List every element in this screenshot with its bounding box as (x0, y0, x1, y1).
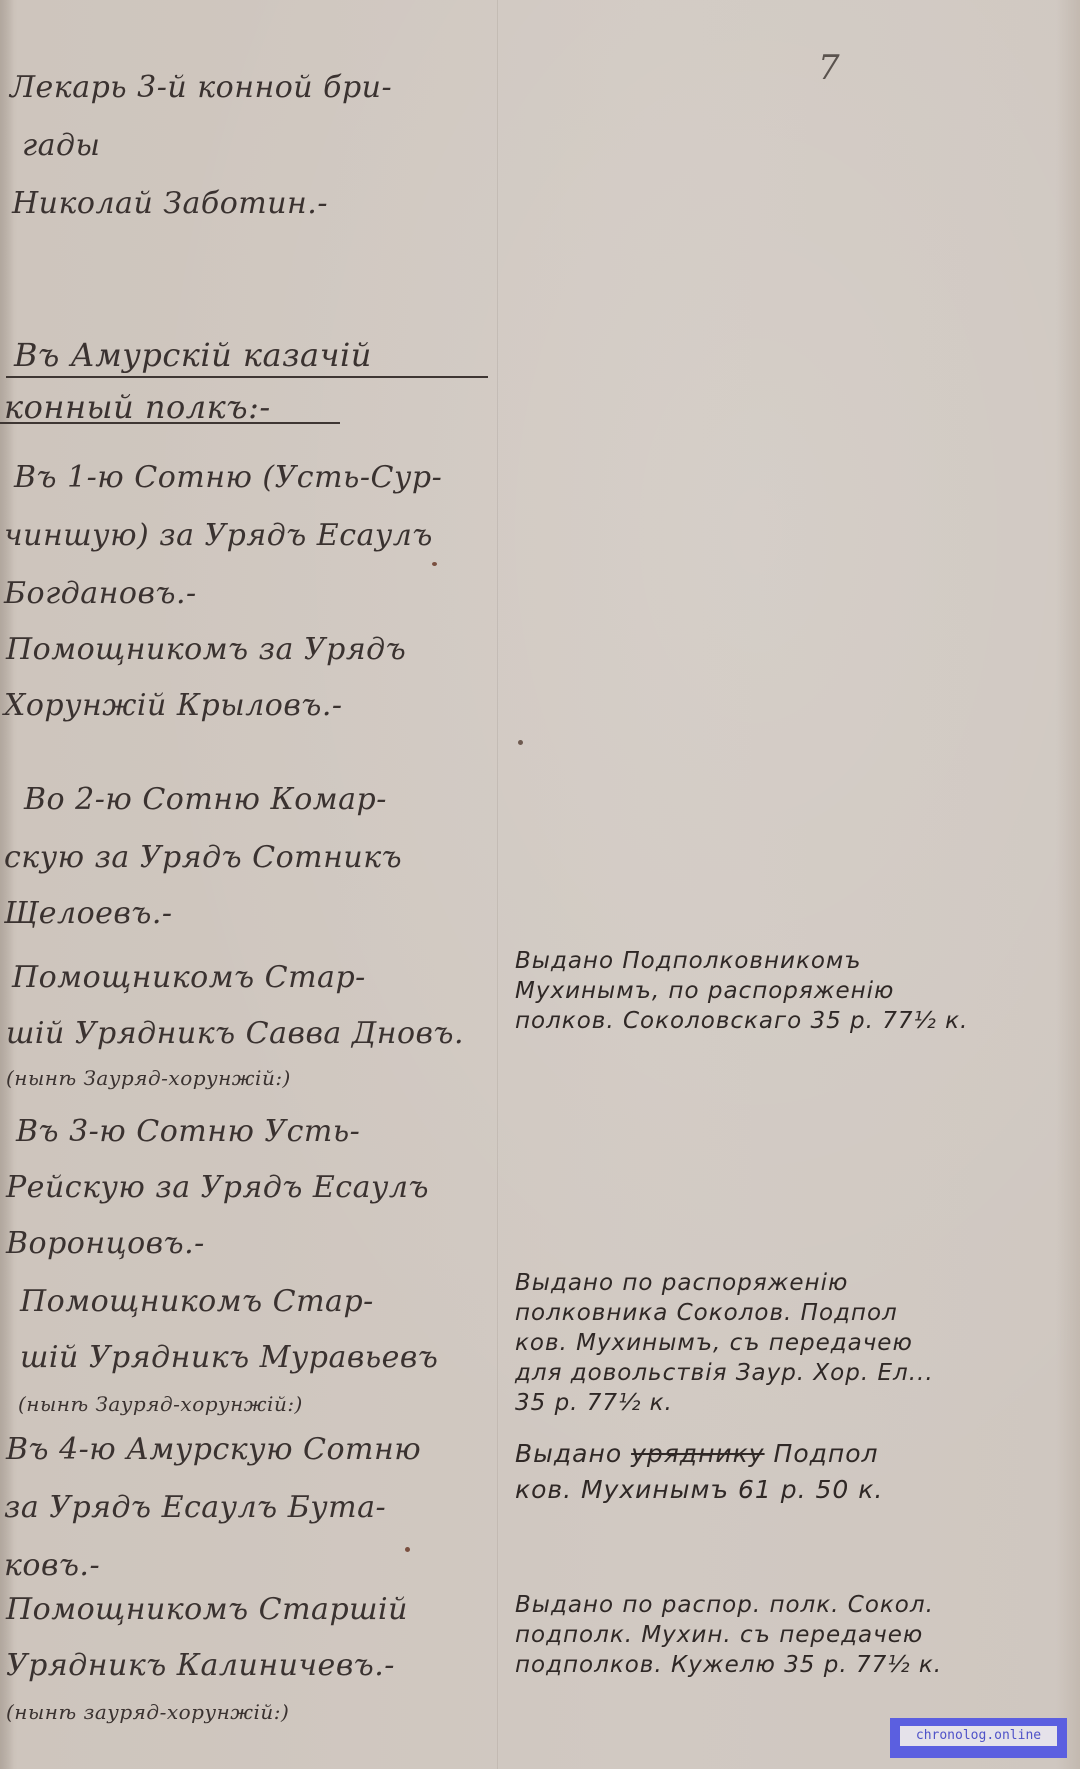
text-line: (нынѣ Зауряд-хорунжій:) (6, 1066, 291, 1090)
text-line: Въ 3-ю Сотню Усть- (16, 1114, 360, 1149)
heading-underline (6, 376, 488, 378)
heading-underline (0, 422, 340, 424)
note-line: Выдано Подполковникомъ (515, 946, 968, 976)
note-line: Выдано по распоряженію (515, 1268, 934, 1298)
payment-note: Выдано по распоряженію полковника Соколо… (515, 1268, 934, 1418)
text-line: Урядникъ Калиничевъ.- (6, 1648, 395, 1683)
text-line: Во 2-ю Сотню Комар- (24, 782, 387, 817)
text-line: (нынѣ зауряд-хорунжій:) (6, 1700, 289, 1724)
text-line: Въ 4-ю Амурскую Сотню (6, 1432, 421, 1467)
text-line: гады (22, 128, 101, 163)
text-line: Помощникомъ за Урядъ (6, 632, 406, 667)
ink-speck (432, 562, 437, 566)
text-line: за Урядъ Есаулъ Бута- (4, 1490, 386, 1525)
payment-note: Выдано уряднику Подпол ков. Мухинымъ 61 … (515, 1436, 883, 1508)
note-line: полков. Соколовскаго 35 р. 77½ к. (515, 1006, 968, 1036)
column-fold-line (497, 0, 499, 1769)
text-line: Помощникомъ Старшій (6, 1592, 408, 1627)
text-line: Помощникомъ Стар- (12, 960, 366, 995)
text-line: Щелоевъ.- (4, 896, 173, 931)
text-line: Рейскую за Урядъ Есаулъ (6, 1170, 429, 1205)
note-word: Выдано (515, 1439, 631, 1468)
text-line: ковъ.- (4, 1548, 100, 1583)
watermark-text: chronolog.online (900, 1726, 1057, 1746)
text-line: Помощникомъ Стар- (20, 1284, 374, 1319)
struck-word: уряднику (631, 1439, 764, 1468)
watermark-badge: chronolog.online (890, 1718, 1067, 1758)
note-line: для довольствія Заур. Хор. Ел... (515, 1358, 934, 1388)
text-line: Лекарь 3-й конной бри- (10, 70, 392, 105)
payment-note: Выдано по распор. полк. Сокол. подполк. … (515, 1590, 942, 1680)
note-line: ков. Мухинымъ, съ передачею (515, 1328, 934, 1358)
section-heading: Въ Амурскій казачій (14, 336, 372, 374)
ink-speck (405, 1547, 410, 1552)
note-line: подполк. Мухин. съ передачею (515, 1620, 942, 1650)
section-heading: конный полкъ:- (4, 388, 271, 426)
note-line: ков. Мухинымъ 61 р. 50 к. (515, 1472, 883, 1508)
note-line: Выдано уряднику Подпол (515, 1436, 883, 1472)
text-line: Богдановъ.- (4, 576, 197, 611)
page-number: 7 (818, 48, 840, 88)
note-line: 35 р. 77½ к. (515, 1388, 934, 1418)
text-line: шій Урядникъ Савва Дновъ. (6, 1016, 464, 1051)
text-line: Хорунжій Крыловъ.- (4, 688, 343, 723)
note-line: полковника Соколов. Подпол (515, 1298, 934, 1328)
text-line: Николай Заботин.- (12, 186, 328, 221)
page-right-edge (1056, 0, 1080, 1769)
manuscript-page: 7 Лекарь 3-й конной бри- гады Николай За… (0, 0, 1080, 1769)
payment-note: Выдано Подполковникомъ Мухинымъ, по расп… (515, 946, 968, 1036)
note-line: Мухинымъ, по распоряженію (515, 976, 968, 1006)
note-line: подполков. Кужелю 35 р. 77½ к. (515, 1650, 942, 1680)
text-line: Въ 1-ю Сотню (Усть-Сур- (14, 460, 442, 495)
note-line: Выдано по распор. полк. Сокол. (515, 1590, 942, 1620)
note-word: Подпол (765, 1439, 879, 1468)
text-line: Воронцовъ.- (6, 1226, 205, 1261)
text-line: (нынѣ Зауряд-хорунжій:) (18, 1392, 303, 1416)
text-line: шій Урядникъ Муравьевъ (20, 1340, 438, 1375)
text-line: скую за Урядъ Сотникъ (4, 840, 402, 875)
text-line: чиншую) за Урядъ Есаулъ (4, 518, 433, 553)
ink-speck (518, 740, 523, 745)
